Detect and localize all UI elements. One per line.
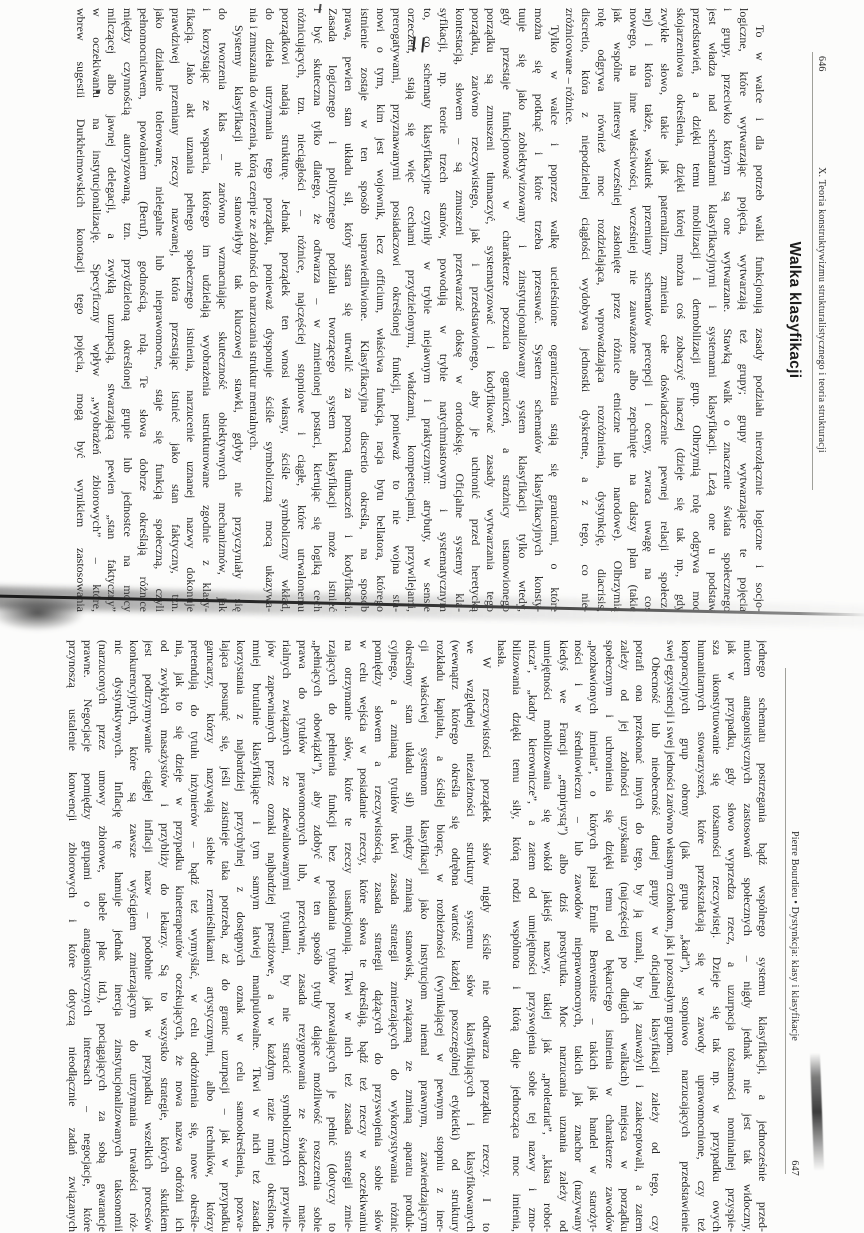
- text-line: pretendują do tytułu inżynierów – bądź t…: [187, 640, 202, 1232]
- text-line: Zasada logicznego i politycznego podział…: [325, 8, 341, 612]
- text-line: między czynnością autoryzowaną, tzn. prz…: [119, 8, 135, 612]
- text-line: discretio, która z niepodzielnej ciągłoś…: [577, 8, 593, 612]
- text-line: Obecność lub nieobecność danej grupy w o…: [647, 640, 662, 1232]
- text-line: korporacyjnych grup obrony (jak grupa „k…: [678, 640, 693, 1232]
- text-line: porządkowi nadają strukturę. Jednak porz…: [277, 8, 293, 612]
- text-line: i korzystając ze wsparcia, którego im ud…: [198, 8, 214, 612]
- text-line: prerogatywami, przyznawanymi posiadaczow…: [388, 8, 404, 612]
- book-page-646: 646 X. Teoria konstruktywizmu struktural…: [62, 8, 832, 612]
- text-line: potrafi ona przekonać innych do tego, by…: [632, 640, 647, 1232]
- text-line: nicza”, „kadry kierownicze”, a zatem od …: [525, 640, 540, 1232]
- text-line: rolę odgrywa również moc rozdzielająca, …: [593, 8, 609, 612]
- text-line: „pozbawionych imienia”, o których pisał …: [586, 640, 601, 1232]
- text-line: konkurencyjnych, które są zawsze wyścigi…: [126, 640, 141, 1232]
- text-line: nowego, na inne właściwości, wcześniej n…: [625, 8, 641, 612]
- text-line: zróżnicowane – różnice.: [562, 8, 578, 612]
- header-rule: [785, 668, 786, 1174]
- text-line: mniej brutalnie klasyfikujące i tym samy…: [248, 640, 263, 1232]
- text-line: w celu wejścia w posiadanie rzeczy, któr…: [356, 640, 371, 1232]
- text-line: prawne. Negocjacje pomiędzy grupami o an…: [80, 640, 95, 1232]
- text-line: jak wspólne interesy wcześniej zasłonięt…: [609, 8, 625, 612]
- text-line: (narzuconych przez umowy zbiorowe, tabel…: [95, 640, 110, 1232]
- text-line: kiedyś we Francji „empirystą”) albo dziś…: [555, 640, 570, 1232]
- text-line: prawdziwej przemiany rzeczy nazwanej, kt…: [167, 8, 183, 612]
- text-line: „pełniących obowiązki”), aby zdobyć w te…: [310, 640, 325, 1232]
- text-line: jest władza nad schematami klasyfikacyjn…: [704, 8, 720, 612]
- text-line: istnienie zostaje w ten sposób usprawied…: [356, 8, 372, 612]
- text-line: różnicujących, tzn. nieciągłości – różni…: [293, 8, 309, 612]
- text-line: tuuje się jako zobiektywizowany i zinsty…: [514, 8, 530, 612]
- text-line: rzających do pełnienia funkcji bez posia…: [325, 640, 340, 1232]
- text-line: bilizowania dzięki temu siły, którą rodz…: [509, 640, 524, 1232]
- text-line: nowi o tym, kim jest wojownik, lecz offi…: [372, 8, 388, 612]
- text-line: zależy od jej zdolności uzyskania (najcz…: [617, 640, 632, 1232]
- text-line: fikacją. Jako akt uznania pełnego społec…: [183, 8, 199, 612]
- running-title: Pierre Bourdieu • Dystynkcja: klasy i kl…: [789, 758, 800, 1114]
- running-title: X. Teoria konstruktywizmu strukturalisty…: [816, 100, 827, 520]
- text-line: do dzieła utrzymania tego porządku, poni…: [262, 8, 278, 612]
- text-line: (wewnątrz którego określa się odrębna wa…: [448, 640, 463, 1232]
- text-line: To w walce i dla potrzeb walki funkcjonu…: [751, 8, 767, 612]
- text-line: rialnych związanych ze zdewaluowanymi ty…: [279, 640, 294, 1232]
- text-line: do tworzenia klas – zarówno wzmacniając …: [214, 8, 230, 612]
- text-line: orzeczeń, stają się więc cechami przydzi…: [404, 8, 420, 612]
- text-line: skojarzeniowa określenia, dzięki której …: [672, 8, 688, 612]
- text-line: lająca posunąć się, jeśli zaistnieje tak…: [218, 640, 233, 1232]
- text-line: na otrzymanie słów, które te rzeczy usan…: [340, 640, 355, 1232]
- page-header: Pierre Bourdieu • Dystynkcja: klasy i kl…: [789, 640, 805, 1232]
- text-line: od zwykłych masażystów i przybliży do le…: [156, 640, 171, 1232]
- text-line: milczącej albo jawnej delegacji, a zwykł…: [104, 8, 120, 612]
- text-line: porządku, zarówno rzeczywistego, jak i p…: [467, 8, 483, 612]
- text-line: można się potknąć i które trzeba przesuw…: [530, 8, 546, 612]
- text-line: we względnej niezależności struktury sys…: [463, 640, 478, 1232]
- text-line: jak w przypadku, gdy słowo wyprzedza rze…: [724, 640, 739, 1232]
- text-line: swej egzystencji i swej jedności zarówno…: [663, 640, 678, 1232]
- text-line: cji właściwej systemom klasyfikacji jako…: [417, 640, 432, 1232]
- text-line: jako działanie tolerowane, nielegalne lu…: [151, 8, 167, 612]
- page-text-column: To w walce i dla potrzeb walki funkcjonu…: [72, 8, 767, 612]
- text-line: prawa, pewien stan układu sił, który sta…: [340, 8, 356, 612]
- text-line: porządku są zmuszeni tłumaczyć, systemat…: [483, 8, 499, 612]
- page-number: 646: [816, 8, 827, 100]
- text-line: pomiędzy słowem a rzeczywistością, zasad…: [371, 640, 386, 1232]
- scanned-book-spread: { "pages": [ { "page_number": "646", "ru…: [0, 0, 864, 1233]
- text-line: w oczekiwaniu na instytucjonalizację. Sp…: [88, 8, 104, 612]
- text-line: prawa do tytułów prawomocnych lub, przec…: [294, 640, 309, 1232]
- text-line: określony stan układu sił) między zmianą…: [402, 640, 417, 1232]
- text-line: nic dystynktywnych. Inflację tę hamuje j…: [110, 640, 125, 1232]
- text-line: nej) i która także, wskutek przemiany sc…: [641, 8, 657, 612]
- text-line: humanitarnych stowarzyszeń, które przeks…: [693, 640, 708, 1232]
- text-line: Tylko w walce i poprzez walkę ucieleśnio…: [546, 8, 562, 612]
- text-line: miotem antagonistycznych zastosowań społ…: [739, 640, 754, 1232]
- text-line: korzystania z najbardziej przychylnej z …: [233, 640, 248, 1232]
- text-line: gdy przestaje funkcjonować w charakterze…: [498, 8, 514, 612]
- book-page-647: Pierre Bourdieu • Dystynkcja: klasy i kl…: [60, 640, 805, 1232]
- text-line: cyjnego, a zmianą tytułów tkwi zasada st…: [386, 640, 401, 1232]
- text-line: logiczne, które wytwarzając pojęcia, wyt…: [735, 8, 751, 612]
- section-heading: Walka klasyfikacji: [780, 8, 803, 612]
- text-line: i być skuteczna tylko dlatego, że odtwar…: [309, 8, 325, 612]
- text-line: ności i w średniowieczu – lub zawodów ni…: [571, 640, 586, 1232]
- text-line: zwykłe słowo, takie jak paternalizm, zmi…: [656, 8, 672, 612]
- text-line: kontestacją, słowem – są zmuszeni przetw…: [451, 8, 467, 612]
- text-line: umiejętności mobilizowania się wokół jak…: [540, 640, 555, 1232]
- text-line: pełnomocnictwem, powołaniem (Beruf), god…: [135, 8, 151, 612]
- text-line: i grupy, przeciwko którym są one wytwarz…: [720, 8, 736, 612]
- scan-edge-streak: [810, 1053, 824, 1171]
- text-line: rozkładu kapitału, a ściślej biorąc, w r…: [432, 640, 447, 1232]
- text-line: przynoszą ustalenie konwencji zbiorowych…: [64, 640, 79, 1232]
- text-line: jednego schematu postrzegania bądź wspól…: [755, 640, 770, 1232]
- header-rule: [812, 52, 813, 490]
- text-line: społecznym i uchronienia się dzięki temu…: [601, 640, 616, 1232]
- text-line: nia i zmuszania do wierzenia, którą czer…: [246, 8, 262, 612]
- text-line: syfikacji, np. teorie trzech stanów, pow…: [435, 8, 451, 612]
- text-line: Systemy klasyfikacji nie stanowiłyby tak…: [230, 8, 246, 612]
- text-line: garncarzy, którzy nazywają siebie rzemie…: [202, 640, 217, 1232]
- text-line: jest podtrzymywanie ciągłej inflacji naz…: [141, 640, 156, 1232]
- text-line: W rzeczywistości porządek słów nigdy ści…: [478, 640, 493, 1232]
- text-line: hasła.: [494, 640, 509, 1232]
- text-line: nia, jak to się dzieje w przypadku kinet…: [172, 640, 187, 1232]
- page-header: 646 X. Teoria konstruktywizmu struktural…: [816, 8, 832, 612]
- text-line: wbrew sugestii Durkheimowskich konotacji…: [72, 8, 88, 612]
- text-line: sza ukonstytuowanie się tożsamości rzecz…: [709, 640, 724, 1232]
- text-line: to, co schematy klasyfikacyjne czyniły w…: [419, 8, 435, 612]
- page-number: 647: [789, 1114, 800, 1232]
- text-line: jów zapewnianych przez oznaki najbardzie…: [264, 640, 279, 1232]
- text-line: przedstawień, a dzięki temu mobilizacji …: [688, 8, 704, 612]
- page-text-column: jednego schematu postrzegania bądź wspól…: [64, 640, 770, 1232]
